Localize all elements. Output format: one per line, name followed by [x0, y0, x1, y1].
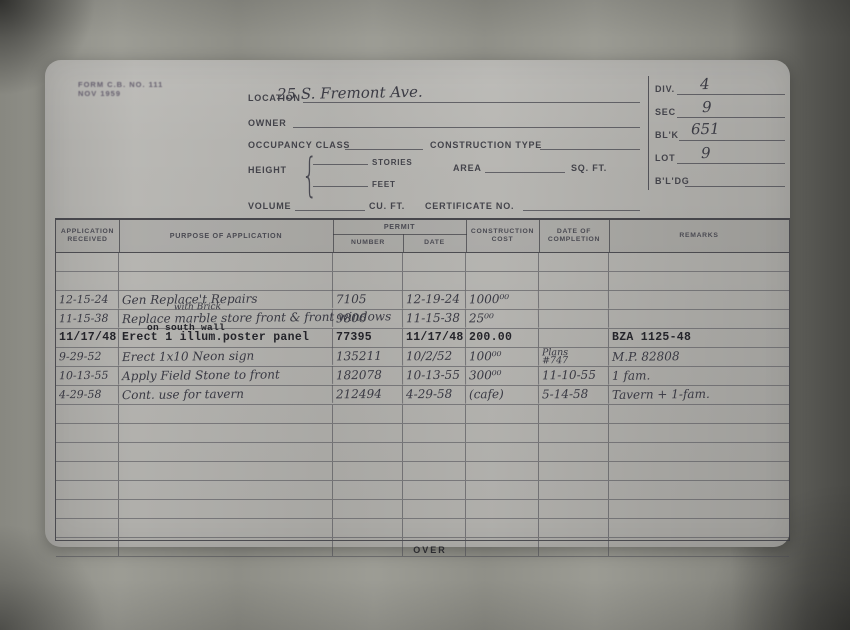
cell-received — [56, 538, 119, 556]
cell-number: 7105 — [333, 291, 403, 310]
cell-received — [56, 253, 119, 271]
cell-date — [403, 519, 466, 537]
blk-value: 651 — [691, 120, 720, 138]
cell-value: 212494 — [336, 387, 382, 401]
height-brace: { — [302, 148, 318, 202]
header-remarks: REMARKS — [609, 220, 789, 252]
table-row: 11/17/48on south wallErect 1 illum.poste… — [56, 329, 789, 348]
form-number-stamp: FORM C.B. NO. 111 NOV 1959 — [78, 80, 163, 98]
cell-cost: 300⁰⁰ — [466, 367, 539, 386]
cell-number — [333, 519, 403, 537]
cell-value: Erect 1x10 Neon sign — [122, 349, 254, 364]
cell-value: 100⁰⁰ — [469, 349, 502, 363]
over-label: OVER — [385, 545, 475, 555]
cell-cost — [466, 500, 539, 518]
cell-value: Plans #747 — [542, 349, 568, 365]
cell-purpose: Gen Replace't Repairs — [119, 290, 333, 310]
cell-value: 7105 — [336, 292, 367, 306]
cell-number: 212494 — [333, 386, 403, 405]
cell-value: 12-15-24 — [59, 293, 109, 307]
header-line: PERMIT — [384, 223, 415, 231]
cell-value: 9-29-52 — [59, 350, 102, 363]
cell-received — [56, 462, 119, 480]
cell-value: 77395 — [336, 331, 372, 344]
cell-cost — [466, 405, 539, 423]
stories-line — [313, 164, 368, 165]
cell-date: 4-29-58 — [403, 386, 466, 405]
cell-purpose — [119, 462, 333, 480]
cell-value: Apply Field Stone to front — [122, 367, 280, 383]
cell-value: 1 fam. — [612, 369, 650, 383]
feet-line — [313, 186, 368, 187]
cell-number — [333, 481, 403, 499]
cuft-label: CU. FT. — [369, 201, 405, 211]
cell-remarks: BZA 1125-48 — [609, 329, 789, 347]
cell-date — [403, 424, 466, 442]
header-purpose: PURPOSE OF APPLICATION — [119, 220, 334, 252]
table-row: 10-13-55Apply Field Stone to front182078… — [56, 367, 789, 386]
cell-remarks: Tavern + 1-fam. — [609, 385, 789, 405]
cell-number — [333, 462, 403, 480]
cell-value: 4-29-58 — [406, 387, 452, 401]
cell-value: Tavern + 1-fam. — [612, 387, 710, 402]
div-line — [677, 94, 785, 95]
cell-completion — [539, 519, 609, 537]
cell-value: 11-15-38 — [59, 312, 109, 326]
cell-value: 182078 — [336, 368, 382, 382]
header-date-of-completion: DATE OF COMPLETION — [539, 220, 610, 252]
header-line: COMPLETION — [548, 236, 600, 244]
cell-purpose — [119, 272, 333, 290]
blk-line — [679, 140, 785, 141]
cell-cost — [466, 481, 539, 499]
cell-date: 11/17/48 — [403, 329, 466, 347]
occupancy-line — [345, 149, 423, 150]
owner-line — [293, 127, 640, 128]
cell-date: 10/2/52 — [403, 348, 466, 367]
cell-date — [403, 481, 466, 499]
cell-completion — [539, 405, 609, 423]
table-row — [56, 253, 789, 272]
certificate-label: CERTIFICATE NO. — [425, 201, 514, 211]
cell-cost — [466, 443, 539, 461]
cell-received — [56, 443, 119, 461]
parcel-box-divider — [648, 76, 649, 190]
cell-date — [403, 405, 466, 423]
cell-purpose — [119, 500, 333, 518]
stamp-line-2: NOV 1959 — [78, 89, 163, 98]
cell-cost: 200.00 — [466, 329, 539, 347]
purpose-note: on south wall — [147, 323, 225, 332]
cell-number: 182078 — [333, 367, 403, 386]
cell-value: BZA 1125-48 — [612, 331, 691, 344]
table-row — [56, 405, 789, 424]
table-header: APPLICATION RECEIVED PURPOSE OF APPLICAT… — [56, 220, 789, 253]
purpose-note: with Brick — [174, 303, 221, 312]
cell-purpose — [119, 443, 333, 461]
header-permit-number: NUMBER — [333, 234, 404, 252]
sqft-label: SQ. FT. — [571, 163, 607, 173]
cell-remarks — [609, 481, 789, 499]
cell-date — [403, 462, 466, 480]
lot-line — [677, 163, 785, 164]
feet-label: FEET — [372, 180, 396, 189]
cell-remarks — [609, 443, 789, 461]
cell-number — [333, 405, 403, 423]
cell-purpose — [119, 253, 333, 271]
header-line: APPLICATION — [61, 228, 114, 236]
cell-purpose: Cont. use for tavern — [119, 385, 333, 405]
table-row — [56, 519, 789, 538]
certificate-line — [523, 210, 640, 211]
cell-completion — [539, 272, 609, 290]
table-row: 4-29-58Cont. use for tavern2124944-29-58… — [56, 386, 789, 405]
cell-number — [333, 500, 403, 518]
header-line: REMARKS — [679, 232, 718, 240]
cell-received — [56, 481, 119, 499]
cell-remarks — [609, 290, 789, 310]
cell-remarks — [609, 405, 789, 423]
cell-received — [56, 519, 119, 537]
cell-value: 9806 — [336, 311, 367, 325]
cell-cost: (cafe) — [466, 386, 539, 405]
cell-completion — [539, 424, 609, 442]
cell-completion — [539, 291, 609, 310]
cell-number: 9806 — [333, 310, 403, 329]
table-row: 12-15-24Gen Replace't Repairs710512-19-2… — [56, 291, 789, 310]
cell-completion — [539, 329, 609, 347]
cell-received: 9-29-52 — [56, 348, 119, 367]
cell-value: 200.00 — [469, 331, 512, 344]
cell-purpose: on south wallErect 1 illum.poster panel — [119, 329, 333, 347]
cell-purpose — [119, 538, 333, 556]
table-row — [56, 500, 789, 519]
permit-history-table: APPLICATION RECEIVED PURPOSE OF APPLICAT… — [55, 218, 790, 541]
cell-cost — [466, 462, 539, 480]
cell-number: 77395 — [333, 329, 403, 347]
table-row — [56, 443, 789, 462]
volume-label: VOLUME — [248, 201, 291, 211]
occupancy-class-label: OCCUPANCY CLASS — [248, 140, 350, 150]
table-body: 12-15-24Gen Replace't Repairs710512-19-2… — [56, 253, 789, 557]
cell-value: 11-10-55 — [542, 368, 596, 383]
cell-remarks — [609, 309, 789, 329]
cell-cost — [466, 253, 539, 271]
cell-received: 4-29-58 — [56, 386, 119, 405]
cell-date — [403, 272, 466, 290]
header-line: RECEIVED — [67, 236, 107, 244]
volume-line — [295, 210, 365, 211]
cell-received — [56, 405, 119, 423]
cell-received — [56, 500, 119, 518]
header-line: NUMBER — [351, 239, 385, 247]
header-line: CONSTRUCTION — [471, 228, 534, 236]
cell-purpose: Erect 1x10 Neon sign — [119, 347, 333, 367]
microfilm-photo: FORM C.B. NO. 111 NOV 1959 LOCATION 25 S… — [0, 0, 850, 630]
cell-remarks — [609, 272, 789, 290]
cell-date: 12-19-24 — [403, 291, 466, 310]
cell-received: 10-13-55 — [56, 367, 119, 386]
cell-value: 25⁰⁰ — [469, 311, 494, 325]
stories-label: STORIES — [372, 158, 413, 167]
cell-completion: 11-10-55 — [539, 367, 609, 386]
cell-value: 11/17/48 — [59, 331, 117, 344]
cell-value: 11/17/48 — [406, 331, 464, 344]
cell-value: (cafe) — [469, 387, 504, 401]
permit-record-card: FORM C.B. NO. 111 NOV 1959 LOCATION 25 S… — [45, 60, 790, 547]
height-label: HEIGHT — [248, 165, 287, 175]
cell-cost: 1000⁰⁰ — [466, 291, 539, 310]
cell-completion — [539, 253, 609, 271]
location-value: 25 S. Fremont Ave. — [277, 83, 423, 104]
sec-label: SEC — [655, 107, 676, 117]
cell-date: 10-13-55 — [403, 367, 466, 386]
cell-remarks — [609, 424, 789, 442]
cell-value: Cont. use for tavern — [122, 387, 244, 402]
cell-value: 10-13-55 — [59, 369, 109, 383]
construction-line — [540, 149, 640, 150]
cell-date — [403, 253, 466, 271]
header-line: PURPOSE OF APPLICATION — [170, 232, 282, 240]
cell-value: 4-29-58 — [59, 388, 102, 401]
cell-completion: 5-14-58 — [539, 386, 609, 405]
cell-completion: Plans #747 — [539, 348, 609, 367]
stamp-line-1: FORM C.B. NO. 111 — [78, 80, 163, 89]
cell-value: 1000⁰⁰ — [469, 292, 509, 306]
cell-number — [333, 443, 403, 461]
header-permit-date: DATE — [403, 234, 467, 252]
cell-received — [56, 424, 119, 442]
cell-purpose — [119, 481, 333, 499]
table-row — [56, 272, 789, 291]
cell-completion — [539, 310, 609, 329]
div-value: 4 — [700, 75, 710, 93]
cell-value: 10-13-55 — [406, 368, 460, 383]
cell-received — [56, 272, 119, 290]
lot-value: 9 — [701, 144, 711, 162]
cell-number — [333, 424, 403, 442]
cell-value: 12-19-24 — [406, 292, 460, 307]
cell-number — [333, 272, 403, 290]
cell-value: 10/2/52 — [406, 349, 452, 363]
cell-cost: 25⁰⁰ — [466, 310, 539, 329]
cell-value: 135211 — [336, 349, 382, 363]
area-line — [485, 172, 565, 173]
cell-completion — [539, 443, 609, 461]
cell-cost — [466, 538, 539, 556]
cell-remarks: M.P. 82808 — [609, 347, 789, 367]
cell-date: 11-15-38 — [403, 310, 466, 329]
header-line: COST — [492, 236, 514, 244]
cell-remarks — [609, 253, 789, 271]
cell-remarks — [609, 519, 789, 537]
owner-label: OWNER — [248, 118, 287, 128]
cell-received: 12-15-24 — [56, 291, 119, 310]
area-label: AREA — [453, 163, 482, 173]
cell-cost — [466, 519, 539, 537]
cell-completion — [539, 500, 609, 518]
cell-cost: 100⁰⁰ — [466, 348, 539, 367]
cell-purpose — [119, 519, 333, 537]
cell-remarks — [609, 500, 789, 518]
cell-remarks: 1 fam. — [609, 366, 789, 386]
location-line — [303, 102, 640, 103]
cell-completion — [539, 462, 609, 480]
cell-number: 135211 — [333, 348, 403, 367]
cell-received: 11-15-38 — [56, 310, 119, 329]
sec-line — [677, 117, 785, 118]
header-line: DATE — [424, 239, 445, 247]
cell-value: 300⁰⁰ — [469, 368, 502, 382]
cell-number — [333, 253, 403, 271]
cell-remarks — [609, 462, 789, 480]
cell-value: M.P. 82808 — [612, 349, 680, 364]
div-label: DIV. — [655, 84, 675, 94]
cell-purpose — [119, 424, 333, 442]
cell-received: 11/17/48 — [56, 329, 119, 347]
cell-remarks — [609, 538, 789, 556]
cell-purpose — [119, 405, 333, 423]
cell-date — [403, 443, 466, 461]
bldg-line — [685, 186, 785, 187]
cell-completion — [539, 481, 609, 499]
header-construction-cost: CONSTRUCTION COST — [466, 220, 540, 252]
construction-type-label: CONSTRUCTION TYPE — [430, 140, 542, 150]
cell-cost — [466, 272, 539, 290]
table-row — [56, 424, 789, 443]
table-row — [56, 462, 789, 481]
header-application-received: APPLICATION RECEIVED — [56, 220, 120, 252]
cell-completion — [539, 538, 609, 556]
table-row: 9-29-52Erect 1x10 Neon sign13521110/2/52… — [56, 348, 789, 367]
blk-label: BL'K — [655, 130, 679, 140]
cell-cost — [466, 424, 539, 442]
cell-date — [403, 500, 466, 518]
header-permit: PERMIT — [333, 220, 467, 235]
header-line: DATE OF — [557, 228, 591, 236]
cell-value: 5-14-58 — [542, 387, 588, 401]
lot-label: LOT — [655, 153, 675, 163]
table-row — [56, 481, 789, 500]
cell-value: 11-15-38 — [406, 311, 460, 326]
sec-value: 9 — [702, 98, 712, 116]
cell-purpose: Apply Field Stone to front — [119, 366, 333, 386]
bldg-label: B'L'DG — [655, 176, 690, 186]
